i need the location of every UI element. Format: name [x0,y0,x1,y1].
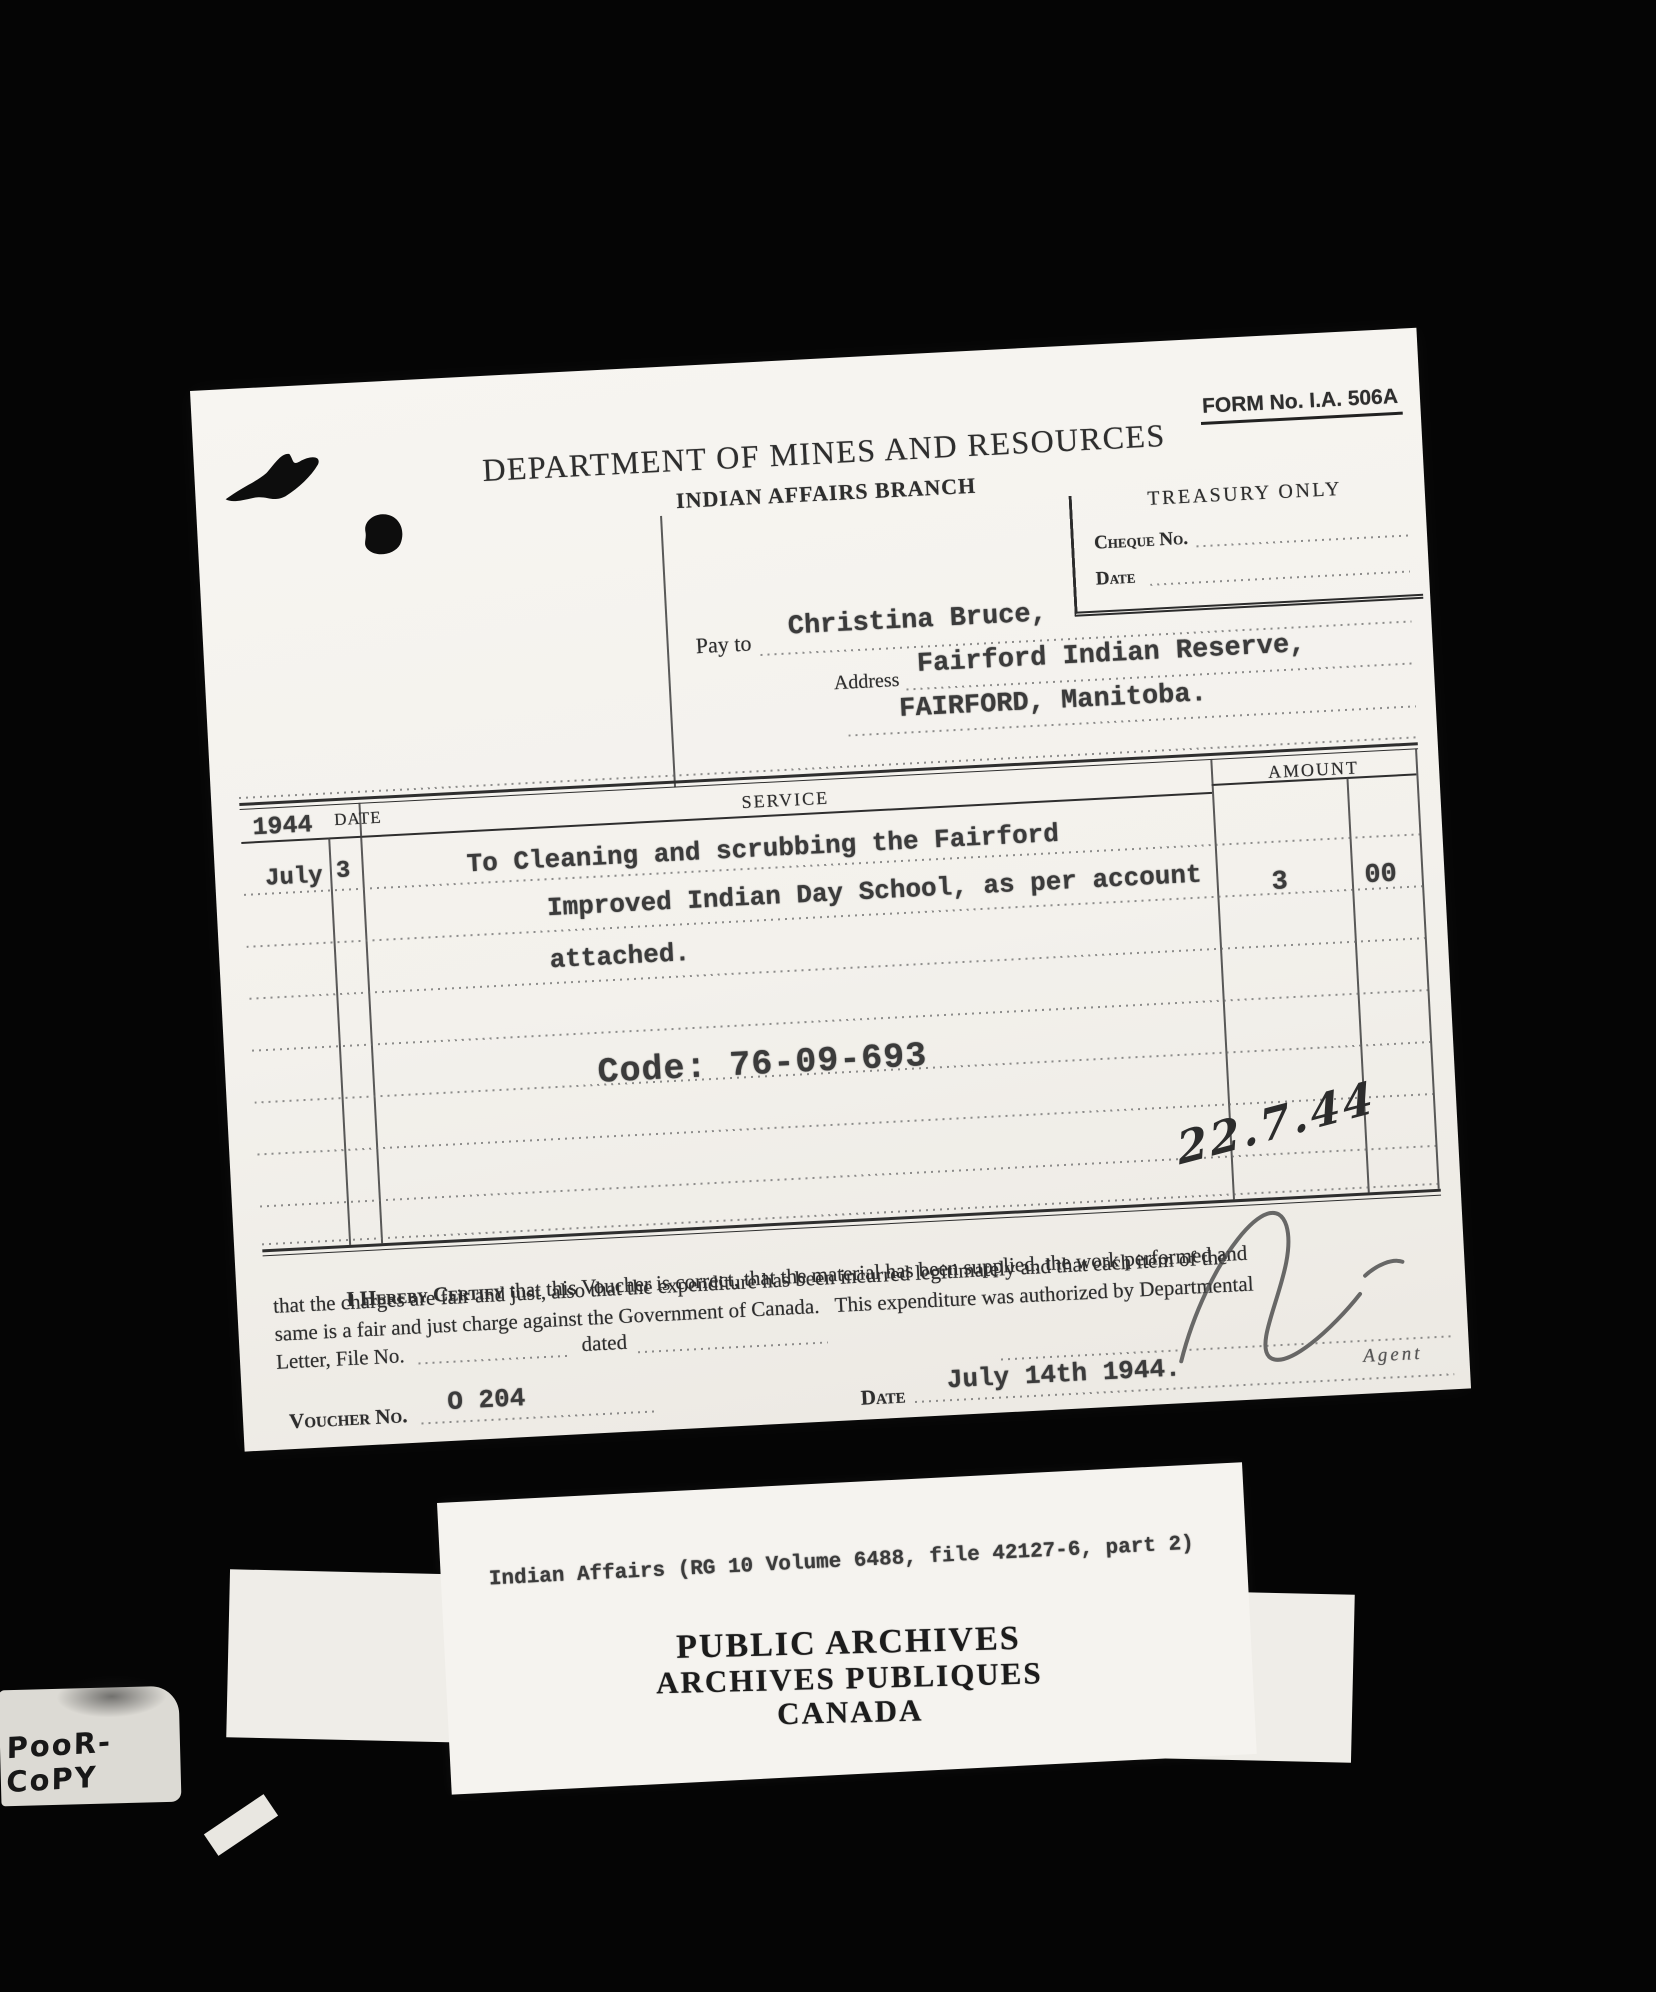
voucher-document: FORM No. I.A. 506A DEPARTMENT OF MINES A… [190,328,1471,1452]
service-text-line3: attached. [549,938,691,975]
treasury-date-label: Date [1095,567,1136,591]
entry-month: July [265,863,324,893]
payto-divider-line [660,516,676,788]
row-line-3 [249,937,1425,1000]
date-bottom-label: Date [860,1384,906,1411]
service-text-line1: To Cleaning and scrubbing the Fairford [466,819,1060,879]
voucher-no-value: O 204 [447,1383,526,1417]
public-archives-stamp: PUBLIC ARCHIVES ARCHIVES PUBLIQUES CANAD… [445,1614,1253,1741]
dated-label: dated [581,1330,628,1357]
cheque-no-line [1196,535,1408,548]
scanned-page: FORM No. I.A. 506A DEPARTMENT OF MINES A… [0,0,1656,1992]
voucher-no-label: Voucher No. [289,1403,408,1434]
amount-column-header: AMOUNT [1211,754,1417,786]
archive-citation: Indian Affairs (RG 10 Volume 6488, file … [488,1533,1194,1592]
poor-copy-strip: PooR-CoPY [0,1686,181,1807]
col-line-day-service [358,803,383,1244]
amount-dollars: 3 [1271,867,1289,898]
table-year: 1944 [252,810,313,842]
dated-line [638,1341,828,1353]
paper-scrap [204,1794,278,1856]
agent-label: Agent [1363,1343,1423,1368]
pay-to-label: Pay to [695,630,752,659]
col-line-right-edge [1415,748,1440,1189]
amount-cents: 00 [1364,860,1398,892]
treasury-box: TREASURY ONLY Cheque No. Date [1069,478,1424,617]
poor-copy-note: PooR-CoPY [6,1721,180,1800]
letter-file-label: Letter, File No. [275,1343,405,1375]
col-line-month-day [328,837,351,1245]
agent-signature [1145,1178,1484,1385]
smudge [56,1674,167,1719]
code-line: Code: 76-09-693 [597,1036,929,1093]
payee-name: Christina Bruce, [787,599,1047,642]
entry-day: 3 [335,857,351,885]
letter-file-line [418,1355,568,1365]
treasury-date-line [1150,570,1410,585]
address-label: Address [833,669,900,695]
cheque-no-label: Cheque No. [1093,528,1188,555]
archive-citation-card: Indian Affairs (RG 10 Volume 6488, file … [437,1462,1257,1794]
handwritten-approval-date: 22.7.44 [1174,1072,1378,1176]
ink-blot-bird [221,441,344,517]
